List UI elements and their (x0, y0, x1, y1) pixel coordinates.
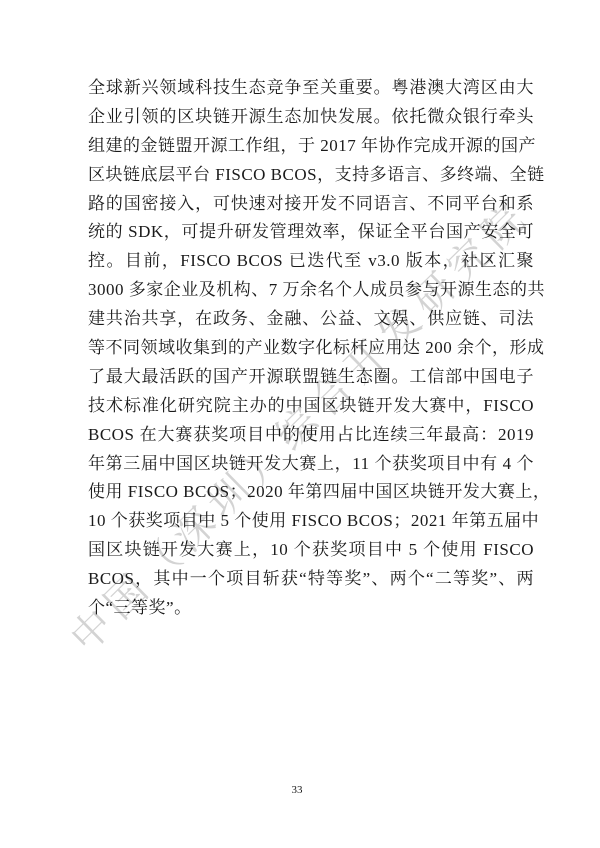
body-line: 年第三届中国区块链开发大赛上，11 个获奖项目中有 4 个 (88, 450, 534, 479)
body-line: 国区块链开发大赛上，10 个获奖项目中 5 个使用 FISCO (88, 536, 534, 565)
body-paragraph: 全球新兴领域科技生态竞争至关重要。粤港澳大湾区由大 企业引领的区块链开源生态加快… (88, 74, 534, 623)
body-line: BCOS，其中一个项目斩获“特等奖”、两个“二等奖”、两 (88, 565, 534, 594)
body-line: 3000 多家企业及机构、7 万余名个人成员参与开源生态的共 (88, 276, 534, 305)
body-line: 路的国密接入，可快速对接开发不同语言、不同平台和系 (88, 190, 534, 219)
body-line: 全球新兴领域科技生态竞争至关重要。粤港澳大湾区由大 (88, 74, 534, 103)
body-line: 10 个获奖项目中 5 个使用 FISCO BCOS；2021 年第五届中 (88, 507, 534, 536)
body-line: 技术标准化研究院主办的中国区块链开发大赛中，FISCO (88, 392, 534, 421)
body-line: 控。目前，FISCO BCOS 已迭代至 v3.0 版本，社区汇聚 (88, 247, 534, 276)
body-line: 使用 FISCO BCOS；2020 年第四届中国区块链开发大赛上， (88, 478, 534, 507)
body-line: 统的 SDK，可提升研发管理效率，保证全平台国产安全可 (88, 218, 534, 247)
body-line: 企业引领的区块链开源生态加快发展。依托微众银行牵头 (88, 103, 534, 132)
body-line: 等不同领域收集到的产业数字化标杆应用达 200 余个，形成 (88, 334, 534, 363)
body-line: 区块链底层平台 FISCO BCOS，支持多语言、多终端、全链 (88, 161, 534, 190)
page-number: 33 (0, 784, 594, 796)
body-line: BCOS 在大赛获奖项目中的使用占比连续三年最高：2019 (88, 421, 534, 450)
document-page: 中国（深圳）综合开发研究院 全球新兴领域科技生态竞争至关重要。粤港澳大湾区由大 … (0, 0, 600, 848)
body-line: 个“三等奖”。 (88, 594, 534, 623)
body-line: 建共治共享，在政务、金融、公益、文娱、供应链、司法 (88, 305, 534, 334)
body-line: 组建的金链盟开源工作组，于 2017 年协作完成开源的国产 (88, 132, 534, 161)
body-line: 了最大最活跃的国产开源联盟链生态圈。工信部中国电子 (88, 363, 534, 392)
